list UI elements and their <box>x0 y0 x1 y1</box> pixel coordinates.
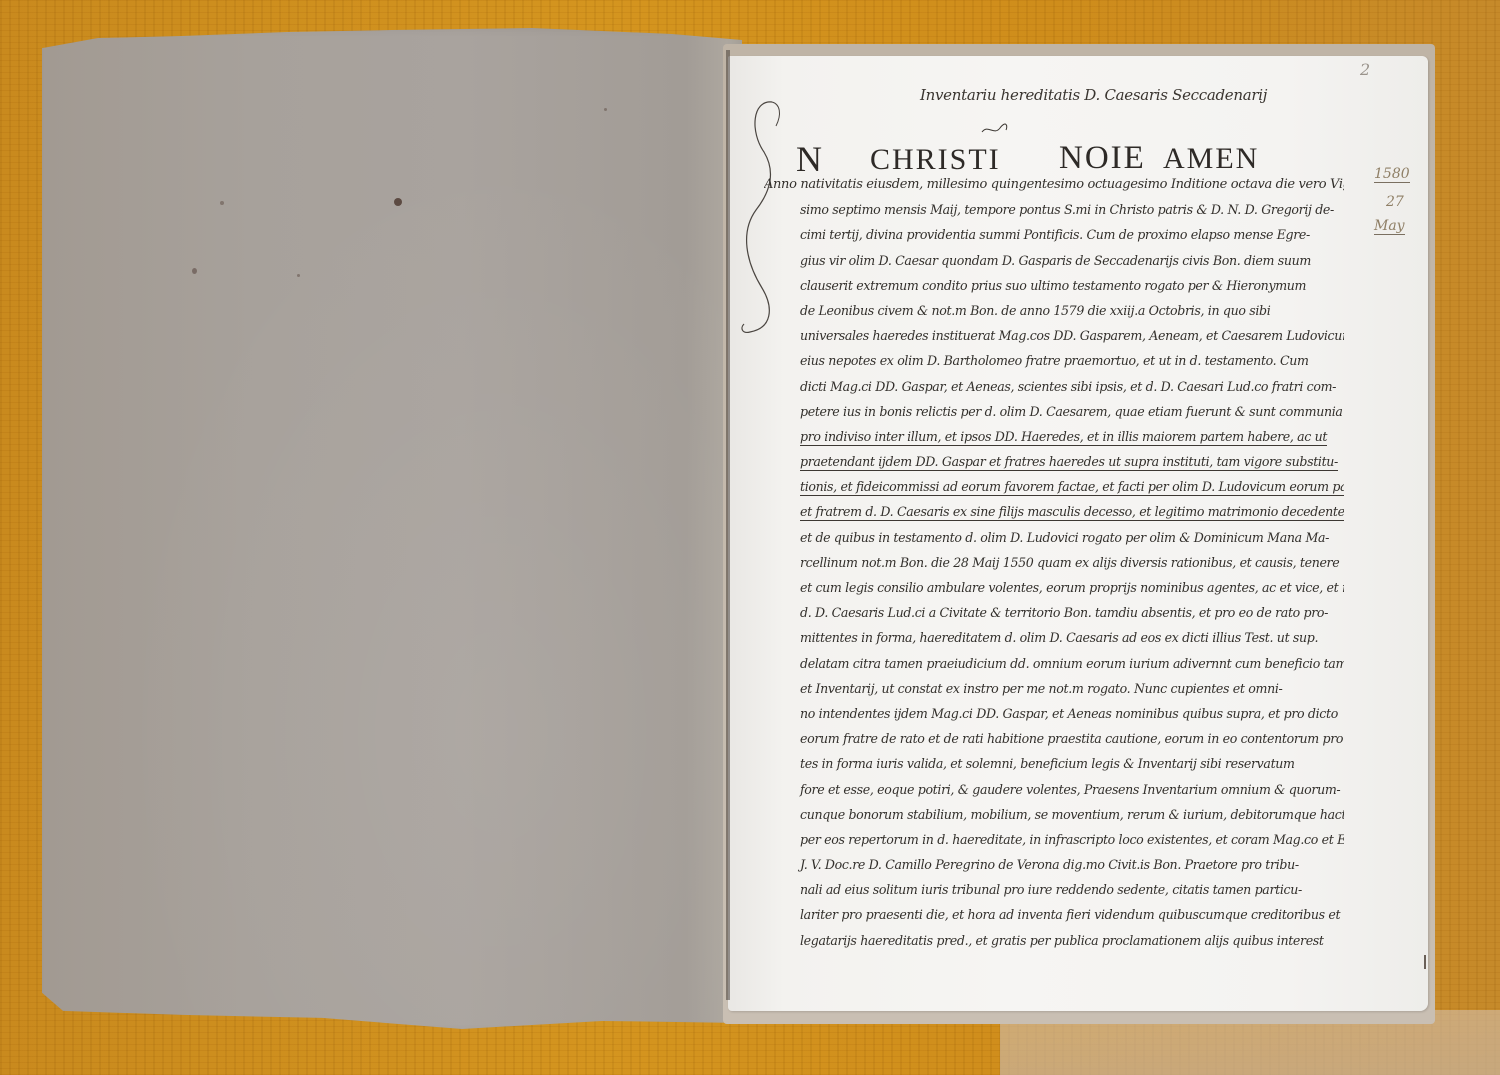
margin-note-month: May <box>1374 218 1405 235</box>
heading-flourish-icon <box>980 122 1010 136</box>
text-line-underlined: et fratrem d. D. Caesaris ex sine filijs… <box>764 499 1344 524</box>
text-line: no intendentes ijdem Mag.ci DD. Gaspar, … <box>764 701 1344 726</box>
invocation-word: AMEN <box>1163 142 1259 176</box>
text-line: per eos repertorum in d. haereditate, in… <box>764 827 1344 852</box>
ink-spot <box>192 268 197 274</box>
ink-spot <box>394 198 402 206</box>
document-heading: Inventariu hereditatis D. Caesaris Secca… <box>920 86 1267 104</box>
text-line: d. D. Caesaris Lud.ci a Civitate & terri… <box>764 600 1344 625</box>
text-line: clauserit extremum condito prius suo ult… <box>764 273 1344 298</box>
text-line: lariter pro praesenti die, et hora ad in… <box>764 902 1344 927</box>
margin-note-day: 27 <box>1386 194 1404 210</box>
text-line: eorum fratre de rato et de rati habition… <box>764 726 1344 751</box>
text-line: eius nepotes ex olim D. Bartholomeo frat… <box>764 348 1344 373</box>
folio-number: 2 <box>1360 60 1376 79</box>
text-line-underlined: praetendant ijdem DD. Gaspar et fratres … <box>764 449 1344 474</box>
text-line: dicti Mag.ci DD. Gaspar, et Aeneas, scie… <box>764 374 1344 399</box>
text-line-underlined: tionis, et fideicommissi ad eorum favore… <box>764 474 1344 499</box>
left-blank-page <box>42 28 742 1033</box>
text-line: simo septimo mensis Maij, tempore pontus… <box>764 197 1344 222</box>
text-line-underlined: pro indiviso inter illum, et ipsos DD. H… <box>764 424 1344 449</box>
spine-gutter <box>726 50 730 1000</box>
text-line: fore et esse, eoque potiri, & gaudere vo… <box>764 777 1344 802</box>
text-line: Anno nativitatis eiusdem, millesimo quin… <box>764 172 1344 197</box>
text-line: J. V. Doc.re D. Camillo Peregrino de Ver… <box>764 852 1344 877</box>
text-line: cimi tertij, divina providentia summi Po… <box>764 222 1344 247</box>
margin-note-year: 1580 <box>1374 166 1410 183</box>
manuscript-text-body: Anno nativitatis eiusdem, millesimo quin… <box>764 172 1344 953</box>
text-line: et cum legis consilio ambulare volentes,… <box>764 575 1344 600</box>
text-line: mittentes in forma, haereditatem d. olim… <box>764 625 1344 650</box>
text-line: tes in forma iuris valida, et solemni, b… <box>764 751 1344 776</box>
text-line: petere ius in bonis relictis per d. olim… <box>764 399 1344 424</box>
text-line: gius vir olim D. Caesar quondam D. Gaspa… <box>764 248 1344 273</box>
text-line: legatarijs haereditatis pred., et gratis… <box>764 928 1344 953</box>
text-line: cunque bonorum stabilium, mobilium, se m… <box>764 802 1344 827</box>
text-line: universales haeredes instituerat Mag.cos… <box>764 323 1344 348</box>
ink-spot <box>297 274 300 277</box>
text-line: et Inventarij, ut constat ex instro per … <box>764 676 1344 701</box>
text-line: nali ad eius solitum iuris tribunal pro … <box>764 877 1344 902</box>
text-line: delatam citra tamen praeiudicium dd. omn… <box>764 651 1344 676</box>
text-line: rcellinum not.m Bon. die 28 Maij 1550 qu… <box>764 550 1344 575</box>
text-line: et de quibus in testamento d. olim D. Lu… <box>764 525 1344 550</box>
text-line: de Leonibus civem & not.m Bon. de anno 1… <box>764 298 1344 323</box>
ink-spot <box>604 108 607 111</box>
page-mark <box>1424 955 1426 969</box>
ink-spot <box>220 201 224 205</box>
